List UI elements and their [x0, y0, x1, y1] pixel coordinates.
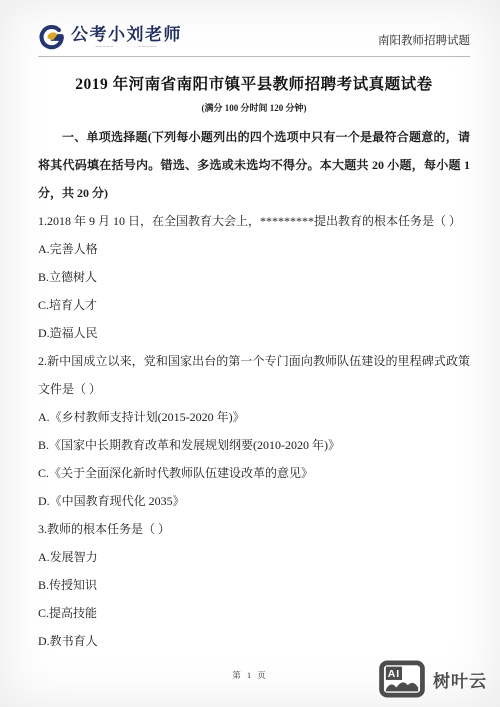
question-text: 2.新中国成立以来，党和国家出台的第一个专门面向教师队伍建设的里程碑式政策文件是…	[38, 347, 470, 403]
question-option: D.《中国教育现代化 2035》	[38, 487, 470, 515]
logo-g-icon	[38, 24, 65, 51]
watermark: AI 树叶云	[379, 660, 487, 698]
question-option: C.《关于全面深化新时代教师队伍建设改革的意见》	[38, 459, 470, 487]
exam-title: 2019 年河南省南阳市镇平县教师招聘考试真题试卷	[38, 72, 470, 94]
question-option: A.发展智力	[38, 543, 470, 571]
header-right-label: 南阳教师招聘试题	[378, 32, 470, 51]
logo-text-block: 公考小刘老师 ───── · · · · · ─────	[71, 25, 182, 50]
question-option: D.教书育人	[38, 627, 470, 655]
ai-image-icon: AI	[379, 660, 425, 698]
brand-logo: 公考小刘老师 ───── · · · · · ─────	[38, 24, 182, 51]
question-text: 1.2018 年 9 月 10 日，在全国教育大会上，*********提出教育…	[38, 207, 470, 235]
logo-brand-text: 公考小刘老师	[71, 25, 182, 44]
logo-tagline: ───── · · · · · ─────	[71, 44, 182, 50]
document-page: 公考小刘老师 ───── · · · · · ───── 南阳教师招聘试题 20…	[0, 0, 500, 655]
question-option: A.完善人格	[38, 235, 470, 263]
section-intro: 一、单项选择题(下列每小题列出的四个选项中只有一个是最符合题意的，请将其代码填在…	[38, 123, 470, 207]
exam-body: 一、单项选择题(下列每小题列出的四个选项中只有一个是最符合题意的，请将其代码填在…	[38, 123, 470, 655]
question-option: D.造福人民	[38, 319, 470, 347]
question-option: B.《国家中长期教育改革和发展规划纲要(2010-2020 年)》	[38, 431, 470, 459]
question-text: 3.教师的根本任务是（ ）	[38, 515, 470, 543]
question-option: C.培育人才	[38, 291, 470, 319]
question-option: B.传授知识	[38, 571, 470, 599]
page-header: 公考小刘老师 ───── · · · · · ───── 南阳教师招聘试题	[38, 24, 470, 57]
watermark-brand-text: 树叶云	[433, 667, 487, 692]
svg-text:AI: AI	[388, 669, 400, 680]
question-option: C.提高技能	[38, 599, 470, 627]
question-option: A.《乡村教师支持计划(2015-2020 年)》	[38, 403, 470, 431]
exam-subtitle: (满分 100 分时间 120 分钟)	[38, 101, 470, 114]
question-option: B.立德树人	[38, 263, 470, 291]
